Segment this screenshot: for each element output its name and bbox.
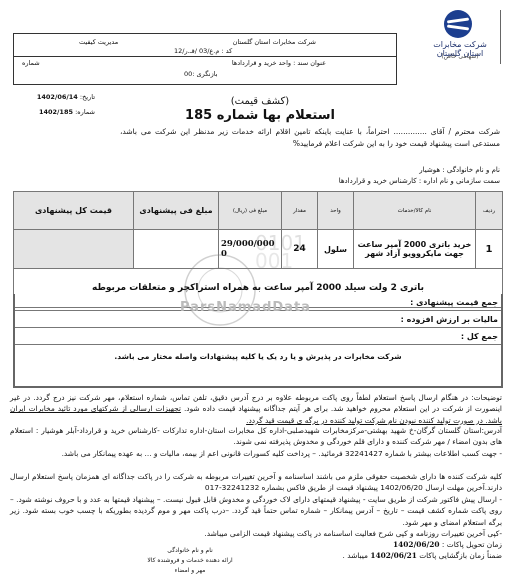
header-department: مدیریت کیفیت [79,38,118,46]
intro-paragraph: شرکت محترم / آقای .............. احتراما… [120,126,500,150]
address-paragraph: آدرس:استان گلستان گرگان-خ شهید بهشتی-مرک… [10,425,502,448]
submission-rules-paragraph: - ارسال پیش فاکتور شرکت از طریق سایت - پ… [10,494,502,528]
title-subtitle: (کشف قیمت) [180,96,340,107]
row-unit: سلول [318,230,354,269]
date-line: تاریخ: 1402/06/14 [35,93,95,101]
items-table: ردیف نام کالا/خدمات واحد مقدار مبلغ فی (… [13,191,503,308]
acceptance-note: شرکت مخابرات در پذیرش و یا رد یک یا کلیه… [15,346,501,370]
signature-block: نام و نام خانوادگی ارائه دهنده خدمات و ف… [100,546,280,576]
col-unit-price: مبلغ فی (ریال) [219,192,282,230]
vat-label: مالیات بر ارزش افزوده : [401,315,498,324]
contact-paragraph: - جهت کسب اطلاعات بیشتر با شماره 3224142… [10,448,502,459]
grand-total-row[interactable]: جمع کل : [15,328,501,345]
col-proposed-unit-price: مبلغ فی پیشنهادی [134,192,219,230]
logo-subtitle: (سهامی خاص) [424,53,496,60]
header-revision: بازنگری :00 [184,70,218,78]
row-index: 1 [476,230,503,269]
signature-role: ارائه دهنده خدمات و فروشنده کالا [100,556,280,566]
watermark-text: ParsNamadData [180,300,311,315]
table-header-row: ردیف نام کالا/خدمات واحد مقدار مبلغ فی (… [14,192,503,230]
document-header-box: شرکت مخابرات استان گلستان مدیریت کیفیت ک… [13,33,397,85]
opening-suffix: میباشد . [343,551,368,560]
requester-position: سمت سازمانی و نام اداره : کارشناس خرید و… [150,176,500,187]
legal-entities-paragraph: کلیه شرکت کننده ها دارای شخصیت حقوقی ملز… [10,471,502,494]
opening-date: 1402/06/21 [370,551,417,560]
header-divider [14,56,396,57]
header-number-label: شماره [22,59,40,67]
header-doc-title: عنوان سند : واحد خرید و قراردادها [232,59,326,67]
row-proposed-total-field[interactable] [14,230,134,269]
table-row: 1 خرید باتری 2000 آمپر ساعت جهت مایکرووی… [14,230,503,269]
documents-required-paragraph: -کپی آخرین تغییرات روزنامه و کپی شرح فعا… [10,528,502,539]
row-unit-price: 29/000/000 0 [219,230,282,269]
date-value: 1402/06/14 [37,93,78,101]
page-title: استعلام بها شماره 185 [150,108,370,123]
col-proposed-total: قیمت کل پیشنهادی [14,192,134,230]
header-company: شرکت مخابرات استان گلستان [233,38,316,46]
requester-name: نام و نام خانوادگی : هوشیار [150,165,500,176]
opening-prefix: ضمناً زمان بازگشایی پاکات [419,551,502,560]
col-index: ردیف [476,192,503,230]
row-quantity: 24 [282,230,318,269]
company-logo: شرکت مخابرات استان گلستان (سهامی خاص) [424,10,496,64]
total-proposed-label: جمع قیمت پیشنهادی : [410,298,498,307]
col-unit: واحد [318,192,354,230]
row-item: خرید باتری 2000 آمپر ساعت جهت مایکروویو … [354,230,476,269]
number-label: شماره: [75,108,95,116]
explanations-p1: توضیحات: در هنگام ارسال پاسخ استعلام لطف… [10,392,502,426]
signature-stamp: مهر و امضاء [100,566,280,576]
logo-divider [500,10,501,64]
number-value: 1402/185 [39,108,73,116]
globe-logo-icon [444,10,472,38]
col-item: نام کالا/خدمات [354,192,476,230]
delivery-label: زمان تحویل پاکات : [442,540,502,549]
col-quantity: مقدار [282,192,318,230]
requester-info: نام و نام خانوادگی : هوشیار سمت سازمانی … [150,165,500,187]
delivery-date: 1402/06/20 [393,540,440,549]
row-proposed-unit-price-field[interactable] [134,230,219,269]
date-label: تاریخ: [80,93,95,101]
number-line: شماره: 1402/185 [35,108,95,116]
header-code: کد : م.ع/03 /قـ.ر/12 [174,47,232,55]
grand-total-label: جمع کل : [461,332,498,341]
signature-name: نام و نام خانوادگی [100,546,280,556]
